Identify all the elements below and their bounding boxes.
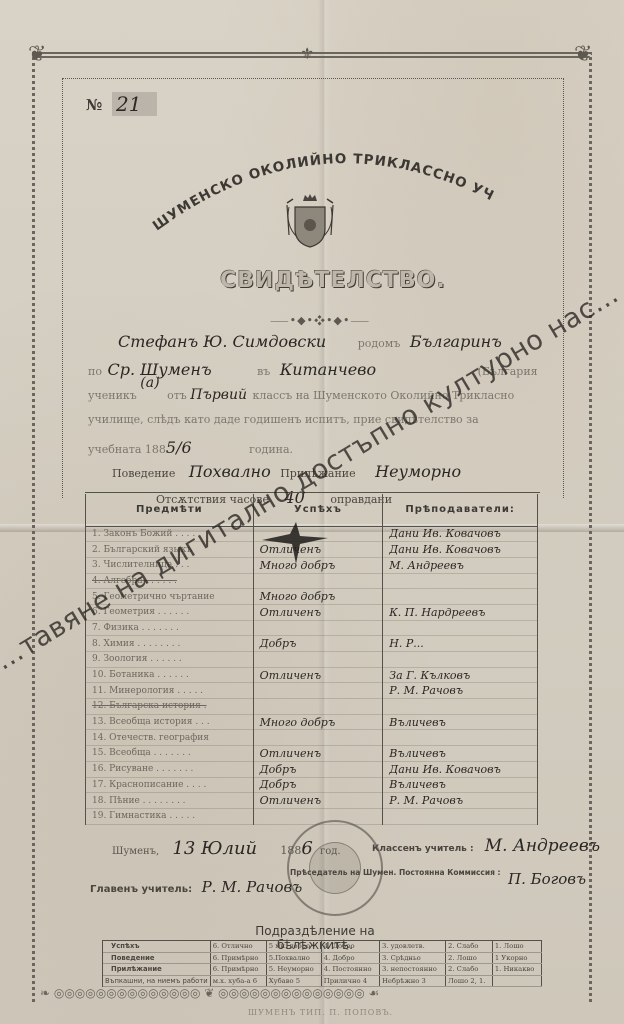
student-nationality: Българинъ: [410, 332, 502, 351]
corner-flourish-icon: ❦: [28, 42, 46, 67]
head-teacher-signature: Р. М. Рачовъ: [202, 878, 303, 896]
table-row: 10. Ботаника . . . . . .ОтличенъЗа Г. Къ…: [86, 667, 538, 683]
document-number-label: №: [86, 96, 102, 114]
legend-row: Поведение6. Примѣрно5.Похвално4. Добро3.…: [103, 952, 542, 964]
table-row: 17. Краснописание . . . .ДобръВъличевъ: [86, 777, 538, 793]
chairman-signature: П. Боговъ: [508, 870, 586, 888]
table-row: 18. Пѣние . . . . . . . .ОтличенъР. М. Р…: [86, 793, 538, 809]
student-name: Стефанъ Ю. Симдовски: [118, 332, 326, 351]
legend-row: Успѣхъ6. Отлично5 мн. добро4. Добро3. уд…: [103, 941, 542, 953]
table-row: 13. Всеобща история . . .Много добръВъли…: [86, 714, 538, 730]
class-teacher-signature: М. Андреевъ: [485, 836, 600, 856]
table-row: 15. Всеобща . . . . . . .ОтличенъВъличев…: [86, 746, 538, 762]
date-line: Шуменъ, 13 Юлий 1886 год.: [112, 838, 341, 859]
student-line-1: Стефанъ Ю. Симдовски родомъ Българинъ: [118, 332, 502, 351]
coat-of-arms-icon: [283, 193, 337, 251]
legend-row: Въпкашни, на ниемъ работим.х. хуба-а 6Ху…: [103, 975, 542, 987]
table-row: 14. Отечеств. география: [86, 730, 538, 746]
document-number-value: 21: [112, 92, 157, 116]
grade-legend-table: Успѣхъ6. Отлично5 мн. добро4. Добро3. уд…: [102, 940, 542, 987]
legend-row: Прилѣжание6. Примѣрно5. Неуморно4. Посто…: [103, 964, 542, 976]
table-row: 11. Минерология . . . . .Р. М. Рачовъ: [86, 683, 538, 699]
title-ornament-icon: ⸺•◆•❖•◆•⸺: [270, 312, 370, 328]
class-teacher-line: Классенъ учитель : М. Андреевъ: [372, 836, 600, 856]
issue-year: 6: [301, 838, 312, 859]
behaviour-value: Похвално: [189, 462, 271, 481]
header-teachers: Прѣподаватели:: [383, 494, 538, 526]
chairman-line: Прѣседатель на Шумен. Постоянна Коммисси…: [290, 868, 501, 877]
table-row: 19. Гимнастика . . . . .: [86, 808, 538, 824]
table-row: 6. Геометрия . . . . . .ОтличенъК. П. На…: [86, 604, 538, 620]
table-row: 9. Зоология . . . . . .: [86, 652, 538, 668]
table-row: 5. Геометрично чъртаниеМного добръ: [86, 589, 538, 605]
printer-imprint: ШУМЕНЪ ТИП. П. ПОПОВЪ.: [248, 1008, 393, 1017]
student-village: Китанчево: [280, 360, 376, 379]
school-year: 5/6: [166, 438, 192, 457]
corner-flourish-icon: ❦: [574, 42, 592, 67]
table-row: 8. Химия . . . . . . . .ДобръН. Р...: [86, 636, 538, 652]
bottom-scroll-ornament: ❧ ◎◎◎◎◎◎◎◎◎◎◎◎◎◎ ❦ ◎◎◎◎◎◎◎◎◎◎◎◎◎◎ ☙: [40, 986, 584, 1000]
paper-tear-damage: [260, 520, 330, 565]
issue-date: 13 Юлий: [172, 838, 257, 859]
head-teacher-line: Главенъ учитель: Р. М. Рачовъ: [90, 878, 302, 896]
document-title: СВИДѢТЕЛСТВО.: [220, 268, 410, 293]
student-class: Първий: [190, 387, 247, 403]
table-row: 7. Физика . . . . . . .: [86, 620, 538, 636]
diligence-value: Неуморно: [375, 462, 461, 481]
table-row: 12. Българска история .: [86, 699, 538, 715]
student-line-5: учебната 1885/6 година.: [88, 438, 293, 457]
table-row: 16. Рисуване . . . . . . .ДобръДани Ив. …: [86, 761, 538, 777]
top-ornament-icon: ⚜: [300, 44, 314, 63]
